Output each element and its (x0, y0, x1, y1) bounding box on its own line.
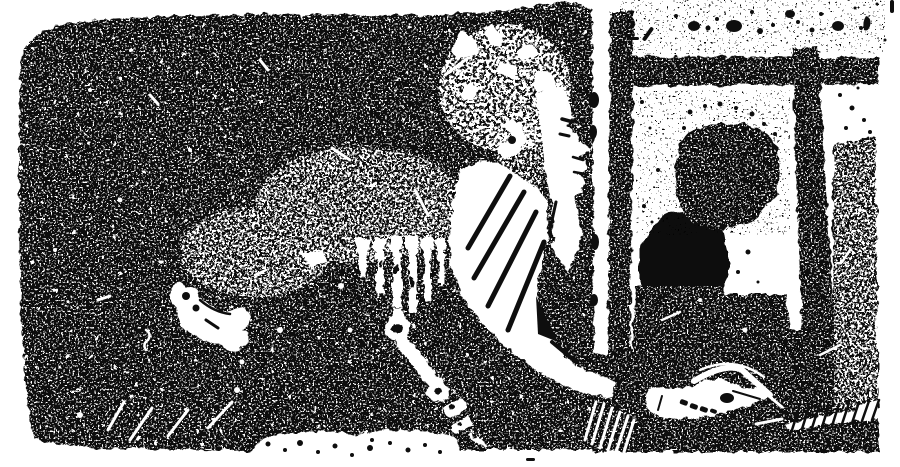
illustration-canvas (0, 0, 900, 467)
right-column-texture (834, 140, 878, 408)
illustration: Black-and-white stippled pulp illustrati… (0, 0, 900, 467)
back-highlight-stipple (180, 207, 330, 297)
top-margin-speckles (620, 0, 894, 54)
pane-faint-stipple (636, 90, 790, 235)
rod-end-hole (434, 387, 442, 395)
eye-line (560, 134, 569, 136)
top-bar-stipple (630, 56, 878, 86)
ear-hollow (508, 136, 516, 144)
piston-ring-hole (392, 323, 402, 333)
bottom-margin-dash (526, 458, 535, 461)
left-hand-speck (240, 360, 245, 365)
margin-marks (526, 458, 535, 461)
